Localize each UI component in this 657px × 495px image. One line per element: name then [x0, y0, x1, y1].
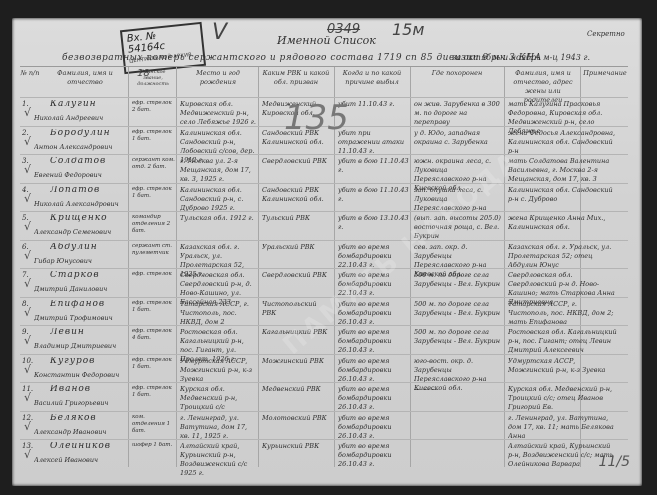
- document-title: Именной Список: [277, 34, 376, 47]
- surname: Бородулин: [50, 129, 120, 138]
- checkmark-icon: √: [24, 365, 31, 374]
- table-row: √13.ОлейниковАлексей Ивановичшофер 1 бат…: [20, 439, 628, 469]
- row-number: 13.: [22, 442, 40, 451]
- row-number: 3.: [22, 157, 40, 166]
- burial-place: 500 м. по дороге села Зарубенцы - Вел. Б…: [414, 300, 504, 318]
- next-of-kin: жена Федосья Александровна, Калининская …: [508, 129, 618, 156]
- pencil-checkmark: V: [212, 20, 227, 45]
- checkmark-icon: √: [24, 137, 31, 146]
- date-reason: убит во время бомбардировки 26.10.43 г.: [338, 357, 410, 384]
- surname: Крищенко: [50, 214, 120, 223]
- next-of-kin: жена Крищенко Анна Мих., Калининская обл…: [508, 214, 618, 232]
- checkmark-icon: √: [24, 165, 31, 174]
- row-number: 8.: [22, 300, 40, 309]
- draft-office: Уральский РВК: [262, 243, 332, 252]
- date-reason: убит в бою 11.10.43 г.: [338, 157, 410, 175]
- given-name: Владимир Дмитриевич: [34, 342, 134, 351]
- burial-place: он жив. Зарубенка в 300 м. по дороге на …: [414, 100, 504, 127]
- given-name: Константин Федорович: [34, 371, 134, 380]
- checkmark-icon: √: [24, 422, 31, 431]
- birthplace: Алтайский край, Курьинский р-н, Воздвиже…: [180, 442, 258, 478]
- header-number: № п/п: [20, 69, 40, 78]
- draft-office: Тульский РВК: [262, 214, 332, 223]
- given-name: Евгений Федорович: [34, 171, 134, 180]
- birthplace: Удмуртская АССР, Можгинский р-н, к-з Зуе…: [180, 357, 258, 384]
- draft-office: Молотовский РВК: [262, 414, 332, 423]
- surname: Лопатов: [50, 186, 120, 195]
- header-birthplace: Место и год рождения: [180, 69, 256, 87]
- draft-office: Свердловский РВК: [262, 271, 332, 280]
- given-name: Дмитрий Трофимович: [34, 314, 134, 323]
- header-reason: Когда и по какой причине выбыл: [336, 69, 408, 87]
- rank: ефр. стрелок 1 бат.: [132, 129, 176, 143]
- header-notes: Примечание: [582, 69, 628, 78]
- burial-place: 500 м. по дороге села Зарубенцы - Вел. Б…: [414, 328, 504, 346]
- archival-document-page: Вх. № 54164с ЦЕНТРАЛЬНЫЙ АРХИВ V 0349 15…: [12, 18, 642, 486]
- secrecy-label: Секретно: [587, 30, 625, 38]
- row-number: 2.: [22, 129, 40, 138]
- date-reason: убит во время бомбардировки 26.10.43 г.: [338, 385, 410, 412]
- row-number: 9.: [22, 328, 40, 337]
- rank: ефр. стрелок 2 бат.: [132, 100, 176, 114]
- surname: Солдатов: [50, 157, 120, 166]
- next-of-kin: Курская обл. Медвенский р-н, Троицкий с/…: [508, 385, 618, 412]
- header-full-name: Фамилия, имя и отчество: [42, 69, 128, 87]
- rank: шофер 1 бат.: [132, 442, 176, 449]
- checkmark-icon: √: [24, 194, 31, 203]
- draft-office: Медвенский РВК: [262, 385, 332, 394]
- date-reason: убит в бою 13.10.43 г.: [338, 214, 410, 232]
- surname: Старков: [50, 271, 120, 280]
- document-period: за октябрь и ноябрь м-ц 1943 г.: [452, 53, 590, 62]
- draft-office: Курьинский РВК: [262, 442, 332, 451]
- next-of-kin: Ростовская обл. Кагальницкий р-н, пос. Г…: [508, 328, 618, 355]
- row-number: 4.: [22, 186, 40, 195]
- rank: командир отделения 2 бат.: [132, 214, 176, 235]
- checkmark-icon: √: [24, 393, 31, 402]
- burial-place: 500 м. по дороге села Зарубенцы - Вел. Б…: [414, 271, 504, 289]
- surname: Беляков: [50, 414, 120, 423]
- next-of-kin: Удмуртская АССР, Можгинский р-н, к-з Зуе…: [508, 357, 618, 375]
- given-name: Гибар Юнусович: [34, 257, 134, 266]
- birthplace: Тульская обл. 1912 г.: [180, 214, 258, 223]
- row-number: 7.: [22, 271, 40, 280]
- checkmark-icon: √: [24, 450, 31, 459]
- given-name: Николай Александрович: [34, 200, 134, 209]
- rank: ефр. стрелок 1 бат.: [132, 300, 176, 314]
- given-name: Василий Григорьевич: [34, 399, 134, 408]
- checkmark-icon: √: [24, 308, 31, 317]
- burial-place: у д. Юдо, западная окраина с. Зарубенка: [414, 129, 504, 147]
- birthplace: Татарская АССР, г. Чистополь, пос. НКВД,…: [180, 300, 258, 327]
- birthplace: Кировская обл. Медвиженский р-н, село Ле…: [180, 100, 258, 127]
- checkmark-icon: √: [24, 279, 31, 288]
- table-row: √12.БеляковАлександр Ивановичком. отделе…: [20, 411, 628, 441]
- next-of-kin: г. Ленинград, ул. Ватутина, дом 17, кв. …: [508, 414, 618, 441]
- rank: ефр. стрелок: [132, 271, 176, 278]
- rank: сержант ком. отд. 2 бат.: [132, 157, 176, 171]
- checkmark-icon: √: [24, 108, 31, 117]
- table-row: √6.АбдулинГибар Юнусовичсержант ст. пуле…: [20, 240, 628, 270]
- header-rank: Воинское звание, должность: [130, 69, 176, 87]
- row-number: 10.: [22, 357, 40, 366]
- row-number: 11.: [22, 385, 40, 394]
- pencil-large-numeral: 135: [284, 98, 349, 138]
- rank: ефр. стрелок 4 бат.: [132, 328, 176, 342]
- given-name: Алексей Иванович: [34, 456, 134, 465]
- surname: Олейников: [50, 442, 120, 451]
- draft-office: Сандовский РВК Калининской обл.: [262, 186, 332, 204]
- checkmark-icon: √: [24, 251, 31, 260]
- next-of-kin: Татарская АССР, г. Чистополь, пос. НКВД,…: [508, 300, 618, 327]
- date-reason: убит во время бомбардировки 26.10.43 г.: [338, 414, 410, 441]
- birthplace: г. Ленинград, ул. Ватутина, дом 17, кв. …: [180, 414, 258, 441]
- pencil-sheet-count: 15м: [392, 20, 424, 39]
- next-of-kin: Казахская обл. г. Уральск, ул. Пролетарс…: [508, 243, 618, 270]
- checkmark-icon: √: [24, 222, 31, 231]
- row-number: 1.: [22, 100, 40, 109]
- pencil-corner-note: 11/5: [599, 454, 630, 470]
- table-row: √7.СтарковДмитрий Даниловичефр. стрелокС…: [20, 268, 628, 298]
- table-row: √5.КрищенкоАлександр Семеновичкомандир о…: [20, 211, 628, 241]
- surname: Иванов: [50, 385, 120, 394]
- next-of-kin: мать Солдатова Валентина Васильевна, г. …: [508, 157, 618, 184]
- row-number: 6.: [22, 243, 40, 252]
- header-draft-office: Каким РВК и какой обл. призван: [260, 69, 332, 87]
- surname: Кугуров: [50, 357, 120, 366]
- surname: Епифанов: [50, 300, 120, 309]
- given-name: Антон Александрович: [34, 143, 134, 152]
- rank: сержант ст. пулеметчик: [132, 243, 176, 257]
- surname: Левин: [50, 328, 120, 337]
- row-number: 5.: [22, 214, 40, 223]
- stamp-number: Вх. № 54164с: [126, 26, 198, 55]
- date-reason: убит во время бомбардировки 26.10.43 г.: [338, 442, 410, 469]
- surname: Абдулин: [50, 243, 120, 252]
- header-burial: Где похоронен: [412, 69, 502, 78]
- birthplace: Калининская обл. Сандовский р-н, с. Дубр…: [180, 186, 258, 213]
- table-row: √10.КугуровКонстантин Федоровичефр. стре…: [20, 354, 628, 384]
- table-row: √3.СолдатовЕвгений Федоровичсержант ком.…: [20, 154, 628, 184]
- given-name: Александр Семенович: [34, 228, 134, 237]
- rank: ефр. стрелок 1 бат.: [132, 385, 176, 399]
- given-name: Николай Андреевич: [34, 114, 134, 123]
- rank: ком. отделения 1 бат.: [132, 414, 176, 435]
- draft-office: Свердловский РВК: [262, 157, 332, 166]
- rank: ефр. стрелок 1 бат.: [132, 357, 176, 371]
- birthplace: г. Москва ул. 2-я Мещанская, дом 17, кв.…: [180, 157, 258, 184]
- given-name: Александр Иванович: [34, 428, 134, 437]
- birthplace: Курская обл. Медвенский р-н, Троицкий с/…: [180, 385, 258, 412]
- rank: ефр. стрелок 1 бат.: [132, 186, 176, 200]
- next-of-kin: Калининская обл. Сандовский р-н с. Дубро…: [508, 186, 618, 204]
- checkmark-icon: √: [24, 336, 31, 345]
- surname: Калугин: [50, 100, 120, 109]
- table-row: √11.ИвановВасилий Григорьевичефр. стрело…: [20, 382, 628, 412]
- table-row: √4.ЛопатовНиколай Александровичефр. стре…: [20, 183, 628, 213]
- burial-place: — — —: [414, 385, 504, 394]
- date-reason: убит в бою 11.10.43 г.: [338, 186, 410, 204]
- given-name: Дмитрий Данилович: [34, 285, 134, 294]
- row-number: 12.: [22, 414, 40, 423]
- date-reason: убит во время бомбардировки 26.10.43 г.: [338, 328, 410, 355]
